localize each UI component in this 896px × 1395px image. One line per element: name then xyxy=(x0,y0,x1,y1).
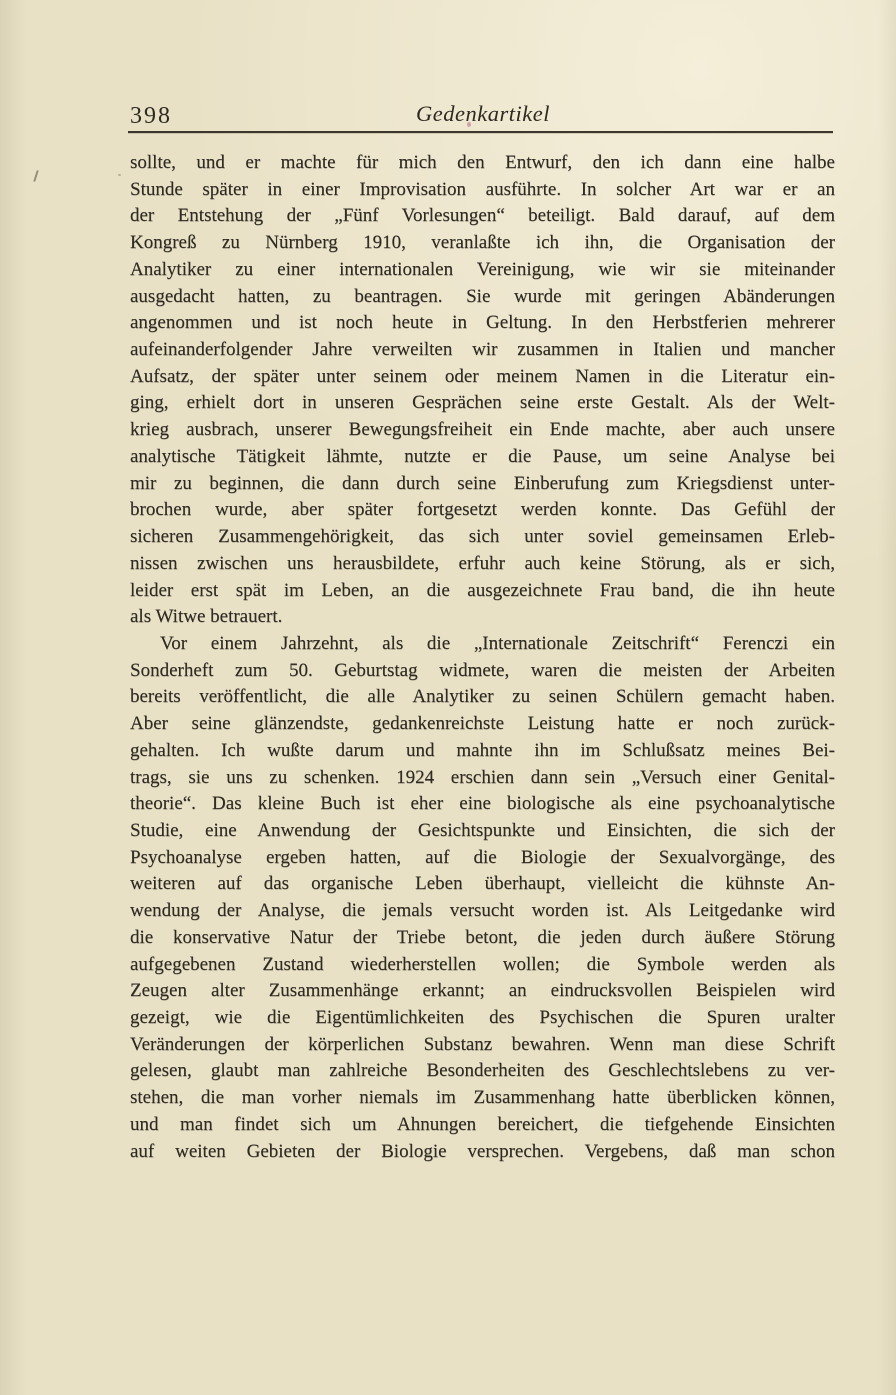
text-line: gelesen, glaubt man zahlreiche Besonderh… xyxy=(130,1058,835,1085)
text-line: mir zu beginnen, die dann durch seine Ei… xyxy=(130,471,835,498)
body-text: sollte, und er machte für mich den Entwu… xyxy=(130,150,835,1165)
text-line: angenommen und ist noch heute in Geltung… xyxy=(130,310,835,337)
text-line: aufgegebenen Zustand wiederherstellen wo… xyxy=(130,952,835,979)
text-line: nissen zwischen uns herausbildete, erfuh… xyxy=(130,551,835,578)
text-line: Zeugen alter Zusammenhänge erkannt; an e… xyxy=(130,978,835,1005)
text-line: sollte, und er machte für mich den Entwu… xyxy=(130,150,835,177)
header-rule xyxy=(128,131,833,133)
text-line: analytische Tätigkeit lähmte, nutzte er … xyxy=(130,444,835,471)
running-title: Gedenkartikel xyxy=(130,101,836,127)
text-line: als Witwe betrauert. xyxy=(130,604,835,631)
text-line: der Entstehung der „Fünf Vorlesungen“ be… xyxy=(130,203,835,230)
text-line: Stunde später in einer Improvisation aus… xyxy=(130,177,835,204)
text-line: auf weiten Gebieten der Biologie verspre… xyxy=(130,1139,835,1166)
text-line: gehalten. Ich wußte darum und mahnte ihn… xyxy=(130,738,835,765)
text-line: gezeigt, wie die Eigentümlichkeiten des … xyxy=(130,1005,835,1032)
text-line: bereits veröffentlicht, die alle Analyti… xyxy=(130,684,835,711)
text-line: Sonderheft zum 50. Geburtstag widmete, w… xyxy=(130,658,835,685)
text-line: Studie, eine Anwendung der Gesichtspunkt… xyxy=(130,818,835,845)
text-line: leider erst spät im Leben, an die ausgez… xyxy=(130,578,835,605)
text-line: Kongreß zu Nürnberg 1910, veranlaßte ich… xyxy=(130,230,835,257)
text-line: aufeinanderfolgender Jahre verweilten wi… xyxy=(130,337,835,364)
text-line: Aufsatz, der später unter seinem oder me… xyxy=(130,364,835,391)
text-line: trags, sie uns zu schenken. 1924 erschie… xyxy=(130,765,835,792)
text-line: Psychoanalyse ergeben hatten, auf die Bi… xyxy=(130,845,835,872)
text-line: ausgedacht hatten, zu beantragen. Sie wu… xyxy=(130,284,835,311)
scanned-page-background: 398 Gedenkartikel sollte, und er machte … xyxy=(0,0,896,1395)
text-line: stehen, die man vorher niemals im Zusamm… xyxy=(130,1085,835,1112)
text-line: brochen wurde, aber später fortgesetzt w… xyxy=(130,497,835,524)
page-header: 398 Gedenkartikel xyxy=(130,101,836,131)
text-line: theorie“. Das kleine Buch ist eher eine … xyxy=(130,791,835,818)
paper-speck xyxy=(118,174,121,176)
text-line: weiteren auf das organische Leben überha… xyxy=(130,871,835,898)
text-line: Analytiker zu einer internationalen Vere… xyxy=(130,257,835,284)
text-line: ging, erhielt dort in unseren Gesprächen… xyxy=(130,390,835,417)
text-line: Aber seine glänzendste, gedankenreichste… xyxy=(130,711,835,738)
text-line: wendung der Analyse, die jemals versucht… xyxy=(130,898,835,925)
text-line: sicheren Zusammengehörigkeit, das sich u… xyxy=(130,524,835,551)
text-line: und man findet sich um Ahnungen bereiche… xyxy=(130,1112,835,1139)
text-line: Vor einem Jahrzehnt, als die „Internatio… xyxy=(130,631,835,658)
text-line: Veränderungen der körperlichen Substanz … xyxy=(130,1032,835,1059)
text-line: krieg ausbrach, unserer Bewegungsfreihei… xyxy=(130,417,835,444)
pencil-mark xyxy=(33,170,39,182)
text-line: die konservative Natur der Triebe betont… xyxy=(130,925,835,952)
